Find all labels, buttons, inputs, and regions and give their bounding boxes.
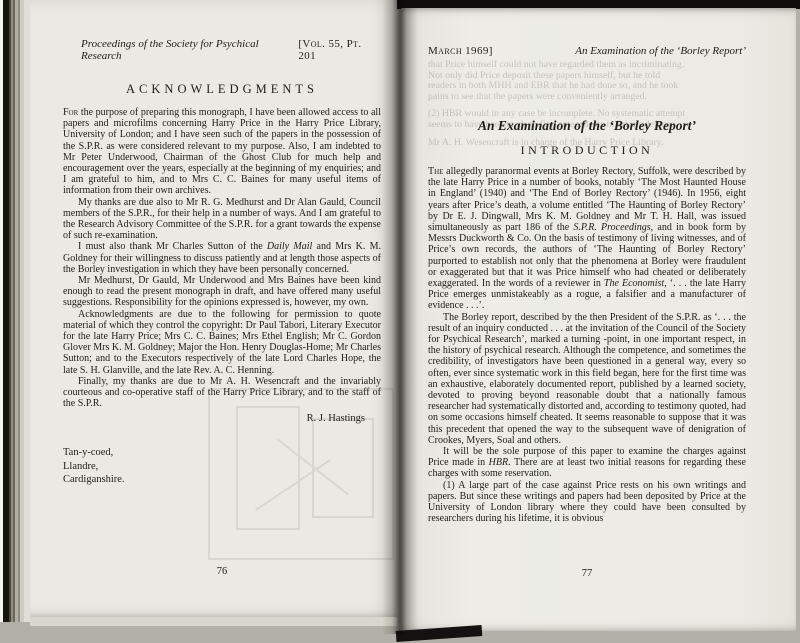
issue-date: March 1969] [428,45,493,57]
paragraph: The Borley report, described by the then… [428,312,746,446]
address-line: Tan-y-coed, [63,446,381,460]
journal-title: Proceedings of the Society for Psychical… [63,38,298,62]
address-line: Cardiganshire. [63,473,381,487]
page-number-left: 76 [63,566,381,577]
article-title: An Examination of the ‘Borley Report’ [428,118,746,134]
under-page-edge [30,617,397,626]
paragraph: Mr Medhurst, Dr Gauld, Mr Underwood and … [63,275,381,309]
volume-label: [Vol. 55, Pt. 201 [298,38,381,62]
paragraph: Finally, my thanks are due to Mr A. H. W… [63,376,381,410]
book-scan: Proceedings of the Society for Psychical… [0,0,800,643]
right-page-body: The allegedly paranormal events at Borle… [428,166,746,525]
paragraph: My thanks are due also to Mr R. G. Medhu… [63,197,381,242]
article-running-title: An Examination of the ‘Borley Report’ [575,45,746,57]
left-page-body: For the purpose of preparing this monogr… [63,107,381,409]
paragraph: For the purpose of preparing this monogr… [63,107,381,197]
paragraph: Acknowledgments are due to the following… [63,309,381,376]
paragraph: I must also thank Mr Charles Sutton of t… [63,241,381,275]
right-page: that Price himself could not have regard… [401,8,796,631]
introduction-heading: INTRODUCTION [428,143,746,158]
left-page: Proceedings of the Society for Psychical… [30,0,397,617]
paragraph: (1) A large part of the case against Pri… [428,480,746,525]
address-line: Llandre, [63,460,381,474]
author-signature: R. J. Hastings [63,413,381,424]
author-address: Tan-y-coed, Llandre, Cardiganshire. [63,446,381,487]
acknowledgments-heading: ACKNOWLEDGMENTS [63,82,381,97]
page-number-right: 77 [428,568,746,579]
running-head-left: Proceedings of the Society for Psychical… [63,38,381,62]
page-edges-stack [0,0,30,622]
running-head-right: March 1969] An Examination of the ‘Borle… [428,45,746,57]
paragraph: It will be the sole purpose of this pape… [428,446,746,480]
paragraph: The allegedly paranormal events at Borle… [428,166,746,312]
